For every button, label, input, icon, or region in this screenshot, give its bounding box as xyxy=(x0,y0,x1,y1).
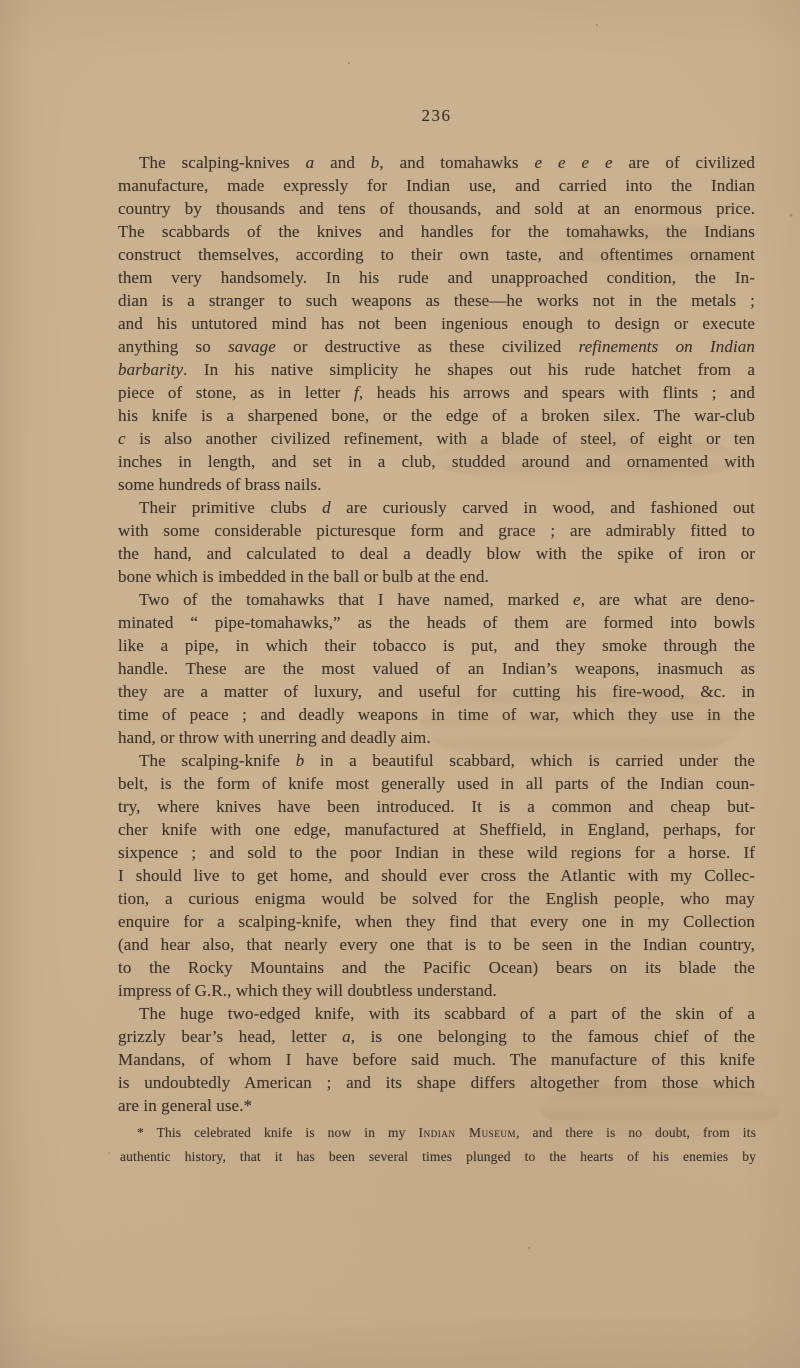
text-run: , are what are deno- xyxy=(581,590,755,609)
text-line: grizzly bear’s head, letter a, is one be… xyxy=(118,1025,755,1048)
text-run: I should live to get home, and should ev… xyxy=(118,866,755,885)
text-run: are of civilized xyxy=(613,153,755,172)
text-run: and his untutored mind has not been inge… xyxy=(118,314,755,333)
italic-text: savage xyxy=(228,337,276,356)
text-run: some hundreds of brass nails. xyxy=(118,475,322,494)
text-run: . In his native simplicity he shapes out… xyxy=(183,360,755,379)
footnote: * This celebrated knife is now in my Ind… xyxy=(120,1121,756,1169)
text-run: The scabbards of the knives and handles … xyxy=(118,222,755,241)
text-run: Two of the tomahawks that I have named, … xyxy=(139,590,573,609)
text-line: c is also another civilized refinement, … xyxy=(118,427,755,450)
small-caps-text: Indian Museum xyxy=(419,1125,517,1140)
text-run: to the Rocky Mountains and the Pacific O… xyxy=(118,958,755,977)
paper-speckle xyxy=(348,62,350,64)
text-run: are curiously carved in wood, and fashio… xyxy=(331,498,755,517)
text-line: and his untutored mind has not been inge… xyxy=(118,312,755,335)
italic-text: e e e e xyxy=(534,153,612,172)
text-run: Mandans, of whom I have before said much… xyxy=(118,1050,755,1069)
text-run: belt, is the form of knife most generall… xyxy=(118,774,755,793)
text-line: cher knife with one edge, manufactured a… xyxy=(118,818,755,841)
text-line: minated “ pipe-tomahawks,” as the heads … xyxy=(118,611,755,634)
text-line: bone which is imbedded in the ball or bu… xyxy=(118,565,755,588)
text-run: like a pipe, in which their tobacco is p… xyxy=(118,636,755,655)
text-run: is also another civilized refinement, wi… xyxy=(126,429,755,448)
text-run: The huge two-edged knife, with its scabb… xyxy=(139,1004,755,1023)
text-line: Mandans, of whom I have before said much… xyxy=(118,1048,755,1071)
text-run: is undoubtedly American ; and its shape … xyxy=(118,1073,755,1092)
text-line: impress of G.R., which they will doubtle… xyxy=(118,979,755,1002)
italic-text: refinements on Indian xyxy=(579,337,755,356)
text-run: , heads his arrows and spears with flint… xyxy=(359,383,755,402)
text-run: in a beautiful scabbard, which is carrie… xyxy=(304,751,755,770)
text-run: try, where knives have been introduced. … xyxy=(118,797,755,816)
text-line: construct themselves, according to their… xyxy=(118,243,755,266)
text-run: , and tomahawks xyxy=(379,153,534,172)
text-run: manufacture, made expressly for Indian u… xyxy=(118,176,755,195)
text-run: dian is a stranger to such weapons as th… xyxy=(118,291,755,310)
text-run: are in general use.* xyxy=(118,1096,252,1115)
text-run: The scalping-knives xyxy=(139,153,306,172)
text-line: to the Rocky Mountains and the Pacific O… xyxy=(118,956,755,979)
italic-text: e xyxy=(573,590,581,609)
text-line: some hundreds of brass nails. xyxy=(118,473,755,496)
text-run: enquire for a scalping-knife, when they … xyxy=(118,912,755,931)
text-run: time of peace ; and deadly weapons in ti… xyxy=(118,705,755,724)
text-line: enquire for a scalping-knife, when they … xyxy=(118,910,755,933)
book-page-scan: 236 The scalping-knives a and b, and tom… xyxy=(0,0,800,1368)
text-line: they are a matter of luxury, and useful … xyxy=(118,680,755,703)
text-line: belt, is the form of knife most generall… xyxy=(118,772,755,795)
text-line: piece of stone, as in letter f, heads hi… xyxy=(118,381,755,404)
text-run: and xyxy=(314,153,371,172)
italic-text: a xyxy=(306,153,315,172)
text-line: Two of the tomahawks that I have named, … xyxy=(118,588,755,611)
text-run: handle. These are the most valued of an … xyxy=(118,659,755,678)
text-line: anything so savage or destructive as the… xyxy=(118,335,755,358)
text-run: country by thousands and tens of thousan… xyxy=(118,199,755,218)
text-line: sixpence ; and sold to the poor Indian i… xyxy=(118,841,755,864)
text-run: * This celebrated knife is now in my xyxy=(137,1125,419,1140)
text-run: , and there is no doubt, from its xyxy=(516,1125,756,1140)
italic-text: a xyxy=(342,1027,351,1046)
text-line: are in general use.* xyxy=(118,1094,755,1117)
text-run: impress of G.R., which they will doubtle… xyxy=(118,981,497,1000)
text-run: construct themselves, according to their… xyxy=(118,245,755,264)
text-line: manufacture, made expressly for Indian u… xyxy=(118,174,755,197)
text-line: dian is a stranger to such weapons as th… xyxy=(118,289,755,312)
text-run: authentic history, that it has been seve… xyxy=(120,1149,756,1164)
text-line: authentic history, that it has been seve… xyxy=(120,1145,756,1169)
text-line: The scabbards of the knives and handles … xyxy=(118,220,755,243)
italic-text: d xyxy=(322,498,331,517)
italic-text: c xyxy=(118,429,126,448)
text-line: with some considerable picturesque form … xyxy=(118,519,755,542)
text-run: inches in length, and set in a club, stu… xyxy=(118,452,755,471)
text-run: hand, or throw with unerring and deadly … xyxy=(118,728,431,747)
text-run: them very handsomely. In his rude and un… xyxy=(118,268,755,287)
text-line: the hand, and calculated to deal a deadl… xyxy=(118,542,755,565)
text-line: time of peace ; and deadly weapons in ti… xyxy=(118,703,755,726)
text-run: they are a matter of luxury, and useful … xyxy=(118,682,755,701)
text-line: Their primitive clubs d are curiously ca… xyxy=(118,496,755,519)
text-line: The huge two-edged knife, with its scabb… xyxy=(118,1002,755,1025)
text-line: is undoubtedly American ; and its shape … xyxy=(118,1071,755,1094)
text-run: piece of stone, as in letter xyxy=(118,383,354,402)
text-line: barbarity. In his native simplicity he s… xyxy=(118,358,755,381)
body-text: The scalping-knives a and b, and tomahaw… xyxy=(118,151,755,1117)
text-line: I should live to get home, and should ev… xyxy=(118,864,755,887)
text-run: or destructive as these civilized xyxy=(276,337,579,356)
text-line: try, where knives have been introduced. … xyxy=(118,795,755,818)
text-line: handle. These are the most valued of an … xyxy=(118,657,755,680)
page-number: 236 xyxy=(118,106,755,126)
text-run: his knife is a sharpened bone, or the ed… xyxy=(118,406,755,425)
text-line: (and hear also, that nearly every one th… xyxy=(118,933,755,956)
text-line: his knife is a sharpened bone, or the ed… xyxy=(118,404,755,427)
text-line: inches in length, and set in a club, stu… xyxy=(118,450,755,473)
text-run: the hand, and calculated to deal a deadl… xyxy=(118,544,755,563)
text-line: The scalping-knives a and b, and tomahaw… xyxy=(118,151,755,174)
text-line: them very handsomely. In his rude and un… xyxy=(118,266,755,289)
text-line: like a pipe, in which their tobacco is p… xyxy=(118,634,755,657)
text-run: grizzly bear’s head, letter xyxy=(118,1027,342,1046)
text-line: tion, a curious enigma would be solved f… xyxy=(118,887,755,910)
text-run: with some considerable picturesque form … xyxy=(118,521,755,540)
text-line: hand, or throw with unerring and deadly … xyxy=(118,726,755,749)
text-line: country by thousands and tens of thousan… xyxy=(118,197,755,220)
text-run: Their primitive clubs xyxy=(139,498,322,517)
text-run: sixpence ; and sold to the poor Indian i… xyxy=(118,843,755,862)
text-line: * This celebrated knife is now in my Ind… xyxy=(120,1121,756,1145)
italic-text: barbarity xyxy=(118,360,183,379)
text-line: The scalping-knife b in a beautiful scab… xyxy=(118,749,755,772)
text-run: anything so xyxy=(118,337,228,356)
text-run: The scalping-knife xyxy=(139,751,296,770)
text-run: minated “ pipe-tomahawks,” as the heads … xyxy=(118,613,755,632)
text-run: bone which is imbedded in the ball or bu… xyxy=(118,567,489,586)
text-run: cher knife with one edge, manufactured a… xyxy=(118,820,755,839)
text-run: tion, a curious enigma would be solved f… xyxy=(118,889,755,908)
text-run: , is one belonging to the famous chief o… xyxy=(351,1027,755,1046)
text-run: (and hear also, that nearly every one th… xyxy=(118,935,755,954)
